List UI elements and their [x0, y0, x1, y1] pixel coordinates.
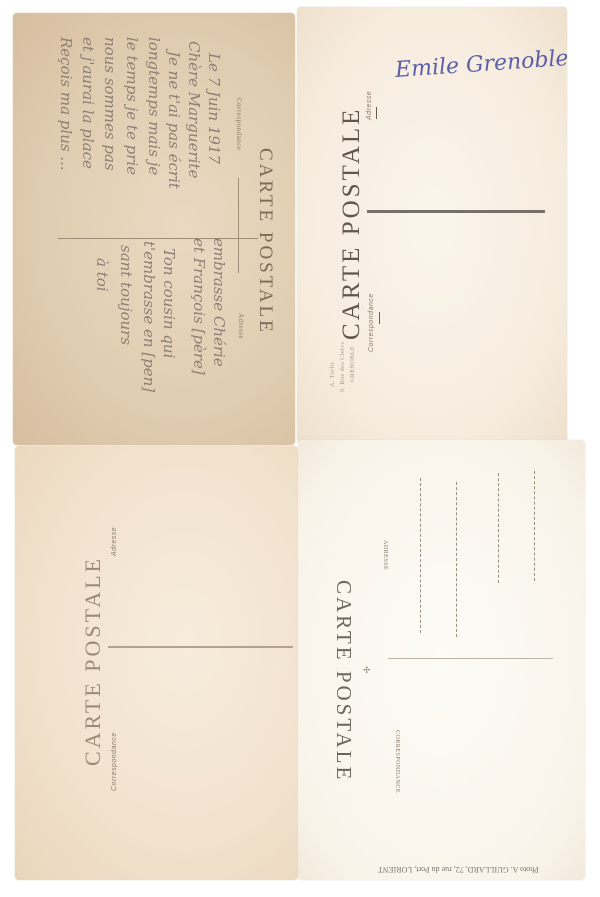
- correspondance-label: Correspondance: [111, 732, 118, 791]
- publisher-line: Photo A. GUILLARD, 72, rue du Port, LORI…: [378, 865, 539, 874]
- cross-mark: ✢: [363, 665, 371, 676]
- handwriting-line: t'embrasse en [pen]: [140, 241, 158, 392]
- handwriting-line: le temps je te prie: [123, 37, 141, 175]
- adresse-label: ADRESSE: [382, 540, 388, 570]
- postcard-title: CARTE POSTALE: [338, 107, 366, 340]
- handwriting-line: Reçois ma plus ...: [57, 37, 75, 171]
- postcard-title: CARTE POSTALE: [331, 580, 356, 782]
- handwriting-line: longtemps mais je: [145, 37, 163, 175]
- handwriting-line: Je ne t'ai pas écrit: [165, 51, 183, 189]
- postcard-title: CARTE POSTALE: [80, 556, 106, 766]
- signature: Emile Grenoble: [394, 46, 567, 83]
- address-line: [534, 471, 536, 581]
- handwriting-line: Ton cousin qui: [160, 248, 178, 358]
- divider-line: [367, 210, 545, 213]
- publisher-line: 9, Rue des Clercs: [340, 342, 346, 393]
- postcard-top-right: CARTE POSTALE Adresse Correspondance Emi…: [297, 7, 567, 443]
- postcard-title: CARTE POSTALE: [254, 148, 276, 335]
- handwriting-line: à toi: [93, 258, 111, 292]
- correspondance-label: Correspondance: [368, 293, 375, 352]
- publisher-line: A. Tréfit: [330, 362, 336, 387]
- handwriting-line: et j'aurai la place: [79, 37, 97, 169]
- address-line: [420, 478, 422, 633]
- adresse-label: Adresse: [366, 91, 373, 120]
- handwriting-line: embrasse Chérie: [210, 238, 228, 367]
- adresse-label: Adresse: [111, 527, 118, 556]
- divider-line: [108, 646, 293, 648]
- tick-mark: [379, 312, 380, 324]
- handwriting-line: nous sommes pas: [101, 37, 119, 171]
- postcard-bottom-right: CARTE POSTALE ADRESSE CORRESPONDANCE ✢ P…: [298, 440, 585, 880]
- adresse-label: Adresse: [237, 313, 245, 339]
- handwriting-line: Chère Marguerite: [185, 41, 203, 178]
- publisher-line: GRENOBLE: [350, 346, 356, 382]
- tick-mark: [376, 107, 377, 119]
- address-line: [498, 473, 500, 583]
- handwriting-line: Le 7 Juin 1917: [205, 53, 223, 164]
- postcard-bottom-left: CARTE POSTALE Adresse Correspondance: [15, 446, 298, 880]
- address-line: [456, 482, 458, 637]
- correspondance-label: CORRESPONDANCE: [394, 730, 400, 793]
- postcard-top-left: CARTE POSTALE Correspondance Adresse Le …: [13, 13, 295, 445]
- divider-line: [58, 238, 258, 239]
- handwriting-line: et François [père]: [190, 238, 208, 375]
- correspondance-label: Correspondance: [235, 98, 243, 150]
- divider-line: [388, 658, 553, 659]
- handwriting-line: sant toujours: [117, 245, 135, 345]
- center-rule: [238, 178, 239, 273]
